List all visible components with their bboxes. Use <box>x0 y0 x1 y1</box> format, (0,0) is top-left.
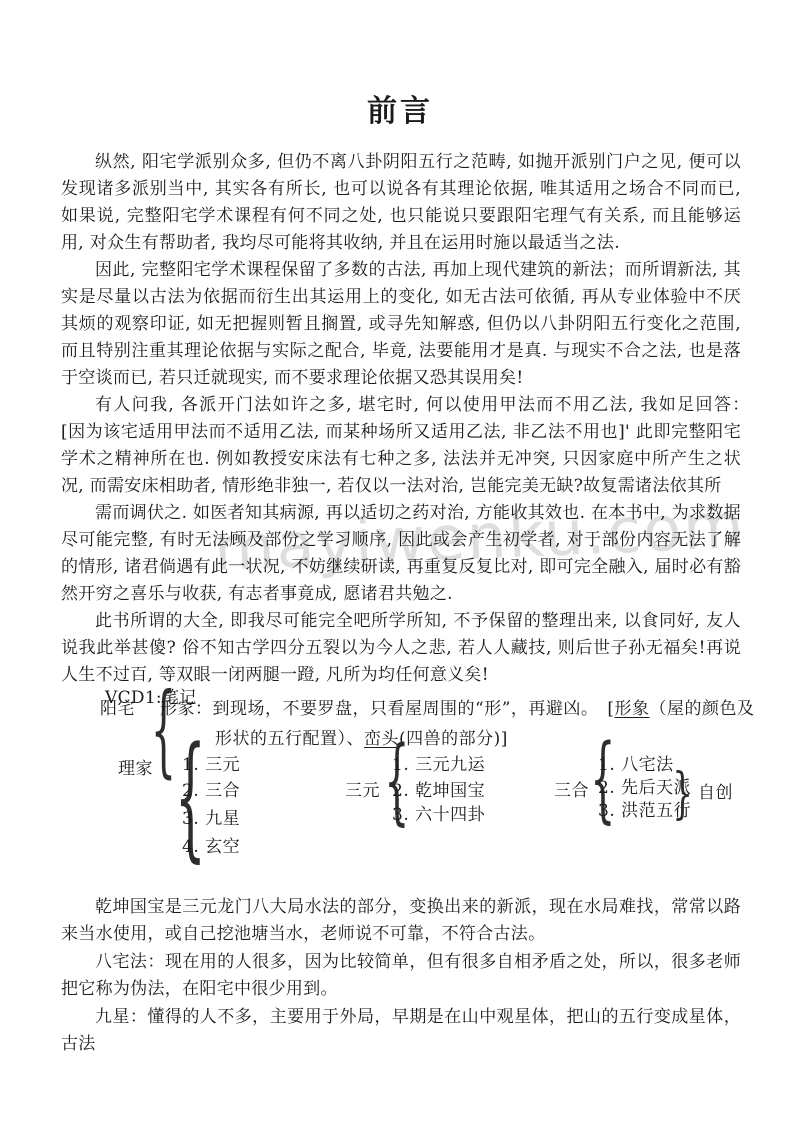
xingjia-label: 形家： <box>160 699 213 719</box>
xingjia-line2-text: 形状的五行配置）、 <box>215 729 364 749</box>
note-jiuxing: 九星：懂得的人不多，主要用于外局，早期是在山中观星体，把山的五行变成星体，古法 <box>61 1004 741 1058</box>
lijia-item-1: 1. 三元 <box>182 750 240 775</box>
note-qiankun-guobao: 乾坤国宝是三元龙门八大局水法的部分，变换出来的新派，现在水局难找，常常以路来当水… <box>61 894 741 948</box>
xingjia-desc: 到现场，不要罗盘，只看屋周围的“形”，再避凶。 [ <box>213 699 615 719</box>
sanyuan-item-3: 3. 六十四卦 <box>392 800 485 825</box>
lijia-item-3: 3. 九星 <box>182 804 240 829</box>
note-bazhai-fa: 八宅法：现在用的人很多，因为比较简单，但有很多自相矛盾之处，所以，很多老师把它称… <box>61 949 741 1003</box>
xingjia-line1: 形家：到现场，不要罗盘，只看屋周围的“形”，再避凶。 [形象（屋的颜色及 <box>160 694 755 719</box>
xingjia-line2: 形状的五行配置）、峦头(四兽的部分)] <box>215 724 508 749</box>
paragraph-1: 纵然, 阳宅学派别众多, 但仍不离八卦阴阳五行之范畴, 如抛开派别门户之见, 便… <box>61 149 741 257</box>
yangzhai-classification-diagram: 阳宅 形家：到现场，不要罗盘，只看屋周围的“形”，再避凶。 [形象（屋的颜色及 … <box>0 690 800 890</box>
lijia-item-4: 4. 玄空 <box>182 832 240 857</box>
paragraph-2: 因此, 完整阳宅学术课程保留了多数的古法, 再加上现代建筑的新法；而所谓新法, … <box>61 257 741 392</box>
zichuang-closing-brace-icon <box>672 765 692 820</box>
lijia-label: 理家 <box>118 754 153 779</box>
sanyuan-item-2: 2. 乾坤国宝 <box>392 776 485 801</box>
sanyuan-label: 三元 <box>345 776 380 801</box>
document-page: mayiwenku.com 前言 纵然, 阳宅学派别众多, 但仍不离八卦阴阳五行… <box>0 0 800 1132</box>
xingjia-line2-tail: (四兽的部分)] <box>399 729 508 749</box>
sanyuan-item-1: 1. 三元九运 <box>392 750 485 775</box>
paragraph-4: 需而调伏之. 如医者知其病源, 再以适切之药对治, 方能收其效也. 在本书中, … <box>61 500 741 608</box>
page-title: 前言 <box>0 86 800 130</box>
diagram-root-label: 阳宅 <box>100 694 135 719</box>
paragraph-3: 有人问我, 各派开门法如许之多, 堪宅时, 何以使用甲法而不用乙法, 我如足回答… <box>61 392 741 500</box>
sanhe-label: 三合 <box>554 776 589 801</box>
xingjia-term-xingxiang: 形象 <box>615 699 650 719</box>
lijia-item-2: 2. 三合 <box>182 776 240 801</box>
zichuang-annotation: 自创 <box>698 778 733 803</box>
sanhe-item-1: 1. 八宅法 <box>598 750 674 775</box>
xingjia-desc-tail: （屋的颜色及 <box>650 699 755 719</box>
